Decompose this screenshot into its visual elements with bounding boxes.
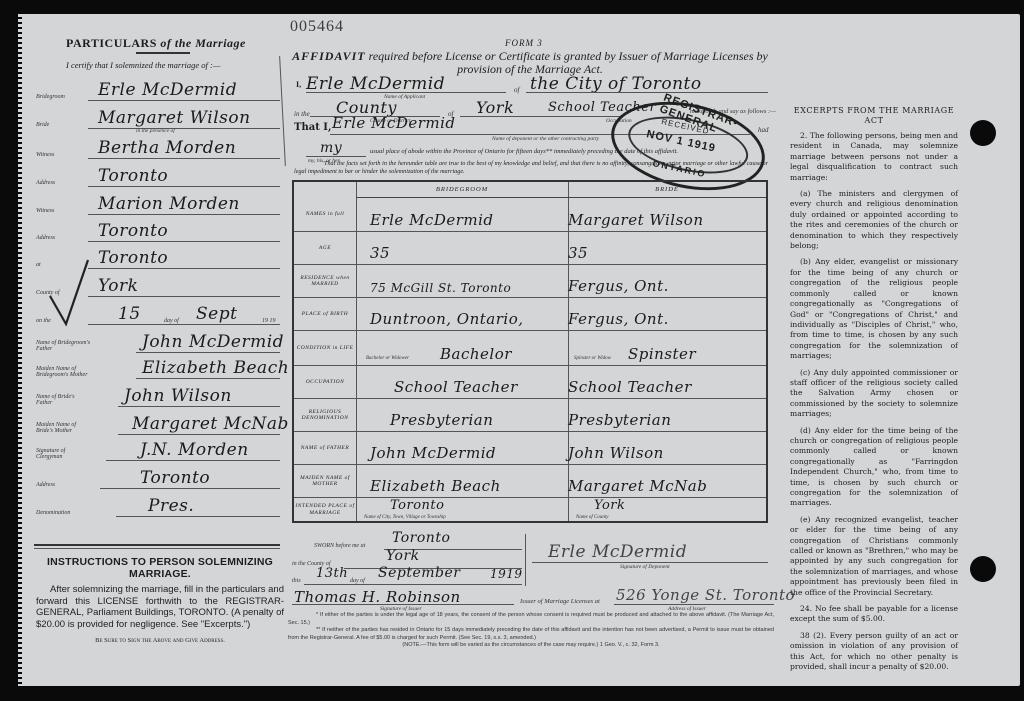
- particulars-table: BRIDEGROOM BRIDE NAMES in full Erle McDe…: [292, 180, 768, 523]
- line: [532, 562, 768, 563]
- table-row: INTENDED PLACE of MARRIAGE Toronto Name …: [294, 498, 766, 521]
- excerpt-paragraph: 24. No fee shall be payable for a licens…: [790, 604, 958, 625]
- field-value: J.N. Morden: [140, 440, 249, 460]
- in-the-label: in the: [294, 110, 310, 118]
- groom-value: Erle McDermid: [370, 211, 494, 229]
- serial-number: 005464: [290, 18, 344, 36]
- excerpt-paragraph: 2. The following persons, being men and …: [790, 131, 958, 183]
- table-row: CONDITION in LIFE Bachelor or Widower Ba…: [294, 331, 766, 366]
- field-denomination: Denomination Pres.: [36, 494, 280, 520]
- day-of-label: day of: [164, 318, 179, 324]
- groom-value: Duntroon, Ontario,: [370, 310, 524, 328]
- table-row: PLACE of BIRTH Duntroon, Ontario, Fergus…: [294, 298, 766, 331]
- issuer-address: 526 Yonge St. Toronto: [616, 586, 795, 604]
- date-year: 19 19: [262, 318, 276, 324]
- table-row: RELIGIOUS DENOMINATION Presbyterian Pres…: [294, 399, 766, 432]
- groom-value: Presbyterian: [390, 411, 493, 429]
- applicant-name: Erle McDermid: [306, 74, 445, 94]
- affidavit-title-lead: AFFIDAVIT: [292, 49, 365, 63]
- excerpts-title: EXCERPTS FROM THE MARRIAGE ACT: [790, 106, 958, 126]
- groom-value: 75 McGill St. Toronto: [370, 281, 511, 295]
- field-value: Elizabeth Beach: [142, 358, 289, 378]
- field-label: Signature of Clergyman: [36, 448, 92, 460]
- sworn-month: September: [378, 565, 460, 581]
- header-bridegroom: BRIDEGROOM: [356, 182, 568, 198]
- field-value: Erle McDermid: [98, 80, 237, 100]
- affidavit-title: AFFIDAVIT required before License or Cer…: [290, 50, 770, 76]
- field-bridegroom: Bridegroom Erle McDermid: [36, 78, 280, 104]
- groom-sub-label: Name of City, Town, Village or Township: [364, 515, 446, 520]
- row-label: RELIGIOUS DENOMINATION: [294, 399, 356, 431]
- groom-value: Elizabeth Beach: [370, 477, 501, 495]
- groom-value: 35: [370, 244, 390, 262]
- excerpt-paragraph: (c) Any duly appointed commissioner or s…: [790, 368, 958, 420]
- line: [292, 604, 514, 605]
- field-label: Name of Bride's Father: [36, 394, 92, 406]
- table-row: NAMES in full Erle McDermid Margaret Wil…: [294, 197, 766, 232]
- field-label: Address: [36, 482, 92, 488]
- field-witness-1: Witness Bertha Morden: [36, 136, 280, 162]
- divider: [34, 544, 280, 546]
- excerpt-paragraph: (d) Any elder for the time being of the …: [790, 426, 958, 509]
- certify-text: I certify that I solemnized the marriage…: [66, 60, 220, 70]
- field-label: Maiden Name of Bridegroom's Mother: [36, 366, 92, 378]
- field-bride-mother: Maiden Name of Bride's Mother Margaret M…: [36, 412, 280, 438]
- field-value: Bertha Morden: [98, 138, 236, 158]
- form-number: FORM 3: [505, 38, 543, 48]
- groom-value: Toronto: [390, 498, 444, 513]
- footnote-2: ** If neither of the parties has resided…: [288, 627, 774, 642]
- deponent-signature-label: Signature of Deponent: [620, 564, 670, 570]
- in-presence-label: in the presence of: [136, 128, 175, 134]
- line: [460, 116, 620, 117]
- instructions-body: After solemnizing the marriage, fill in …: [36, 584, 284, 630]
- field-groom-mother: Maiden Name of Bridegroom's Mother Eliza…: [36, 356, 280, 382]
- field-label: Maiden Name of Bride's Mother: [36, 422, 92, 434]
- that-prefix: That I,: [294, 122, 331, 133]
- applicant-prefix: I,: [296, 80, 301, 89]
- particulars-title: PARTICULARS of the Marriage: [66, 36, 246, 51]
- excerpts-section: EXCERPTS FROM THE MARRIAGE ACT 2. The fo…: [790, 106, 958, 679]
- row-label: NAME of FATHER: [294, 432, 356, 464]
- field-value: Toronto: [98, 248, 168, 268]
- row-label: RESIDENCE when MARRIED: [294, 265, 356, 297]
- bride-value: School Teacher: [568, 378, 692, 396]
- header-bride: BRIDE: [568, 182, 766, 198]
- excerpt-paragraph: 38 (2). Every person guilty of an act or…: [790, 631, 958, 673]
- field-clergyman-address: Address Toronto: [36, 466, 280, 492]
- field-address-1: Address Toronto: [36, 164, 280, 190]
- of-label: of: [514, 86, 519, 94]
- table-row: RESIDENCE when MARRIED 75 McGill St. Tor…: [294, 265, 766, 298]
- sworn-year: 1919: [490, 567, 523, 581]
- sworn-county: York: [386, 548, 420, 564]
- instructions-section: INSTRUCTIONS TO PERSON SOLEMNIZING MARRI…: [36, 556, 284, 647]
- line: [306, 92, 506, 93]
- affidavit-title-rest: required before License or Certificate i…: [369, 49, 768, 76]
- footnotes: * If either of the parties is under the …: [288, 612, 774, 650]
- field-value: Toronto: [98, 221, 168, 241]
- field-witness-2: Witness Marion Morden: [36, 192, 280, 218]
- date-day: 15: [118, 304, 141, 324]
- deponent-name: Erle McDermid: [332, 114, 456, 132]
- check-mark-icon: [48, 258, 92, 328]
- bride-value: 35: [568, 244, 588, 262]
- bracket: [525, 534, 526, 586]
- field-clergyman-signature: Signature of Clergyman J.N. Morden: [36, 438, 280, 464]
- divider: [34, 548, 280, 549]
- deponent-label: Name of deponent or the other contractin…: [492, 136, 599, 142]
- bride-value: Fergus, Ont.: [568, 310, 669, 328]
- field-label: Bride: [36, 122, 92, 128]
- field-value: York: [98, 276, 138, 296]
- field-label: Address: [36, 180, 92, 186]
- field-address-2: Address Toronto: [36, 219, 280, 245]
- field-label: Name of Bridegroom's Father: [36, 340, 92, 352]
- field-label: Address: [36, 235, 92, 241]
- table-row: AGE 35 35: [294, 232, 766, 265]
- row-label: AGE: [294, 232, 356, 264]
- bride-sub-label: Spinster or Widow: [574, 356, 611, 361]
- field-value: Margaret McNab: [132, 414, 289, 434]
- bride-value: John Wilson: [568, 444, 664, 462]
- instructions-footer: Be Sure to Sign the Above and Give Addre…: [36, 635, 284, 647]
- groom-value: School Teacher: [394, 378, 518, 396]
- row-label: OCCUPATION: [294, 366, 356, 398]
- bride-value: Presbyterian: [568, 411, 671, 429]
- field-value: John McDermid: [142, 332, 284, 352]
- table-row: MAIDEN NAME of MOTHER Elizabeth Beach Ma…: [294, 465, 766, 498]
- footnote-1: * If either of the parties is under the …: [288, 612, 774, 627]
- groom-value: John McDermid: [370, 444, 496, 462]
- groom-sub-label: Bachelor or Widower: [366, 356, 409, 361]
- bride-value: Margaret McNab: [568, 477, 707, 495]
- this-label: this: [292, 578, 301, 584]
- groom-value: Bachelor: [440, 345, 512, 363]
- sworn-place: Toronto: [392, 530, 450, 546]
- title-underline: [136, 52, 190, 54]
- field-value: Toronto: [98, 166, 168, 186]
- bride-value: Margaret Wilson: [568, 211, 704, 229]
- excerpt-paragraph: (e) Any recognized evangelist, teacher o…: [790, 515, 958, 598]
- punch-hole: [970, 120, 996, 146]
- field-value: Marion Morden: [98, 194, 240, 214]
- applicant-place: the City of Toronto: [530, 74, 702, 94]
- footnote-note: (NOTE.—This form will be varied as the c…: [288, 642, 774, 650]
- field-value: Pres.: [148, 496, 194, 516]
- bride-value: York: [594, 498, 625, 513]
- line: [304, 584, 522, 585]
- line: [526, 92, 768, 93]
- date-month: Sept: [196, 304, 237, 324]
- field-label: Witness: [36, 152, 92, 158]
- county-name: York: [476, 98, 514, 117]
- row-label: MAIDEN NAME of MOTHER: [294, 465, 356, 497]
- field-value: John Wilson: [124, 386, 232, 406]
- table-row: OCCUPATION School Teacher School Teacher: [294, 366, 766, 399]
- field-label: Bridegroom: [36, 94, 92, 100]
- punch-hole: [970, 556, 996, 582]
- field-label: Witness: [36, 208, 92, 214]
- row-label: CONDITION in LIFE: [294, 331, 356, 365]
- deponent-signature: Erle McDermid: [548, 542, 687, 562]
- row-label: NAMES in full: [294, 197, 356, 231]
- sworn-day: 13th: [316, 566, 348, 581]
- table-row: NAME of FATHER John McDermid John Wilson: [294, 432, 766, 465]
- field-value: Margaret Wilson: [98, 108, 251, 128]
- bride-value: Fergus, Ont.: [568, 277, 669, 295]
- line: [614, 604, 774, 605]
- field-label: Denomination: [36, 510, 92, 516]
- bride-value: Spinster: [628, 345, 696, 363]
- field-bride-father: Name of Bride's Father John Wilson: [36, 384, 280, 410]
- sworn-label: SWORN before me at: [314, 543, 365, 549]
- bride-sub-label: Name of County: [576, 515, 609, 520]
- row-label: INTENDED PLACE of MARRIAGE: [294, 498, 356, 521]
- line: [306, 156, 366, 157]
- field-value: Toronto: [140, 468, 210, 488]
- field-groom-father: Name of Bridegroom's Father John McDermi…: [36, 330, 280, 356]
- row-label: PLACE of BIRTH: [294, 298, 356, 330]
- issuer-at-label: Issuer of Marriage Licenses at: [520, 598, 600, 605]
- abode-value: my: [320, 140, 342, 156]
- instructions-title: INSTRUCTIONS TO PERSON SOLEMNIZING MARRI…: [36, 556, 284, 580]
- excerpt-paragraph: (b) Any elder, evangelist or missionary …: [790, 257, 958, 361]
- excerpt-paragraph: (a) The ministers and clergymen of every…: [790, 189, 958, 251]
